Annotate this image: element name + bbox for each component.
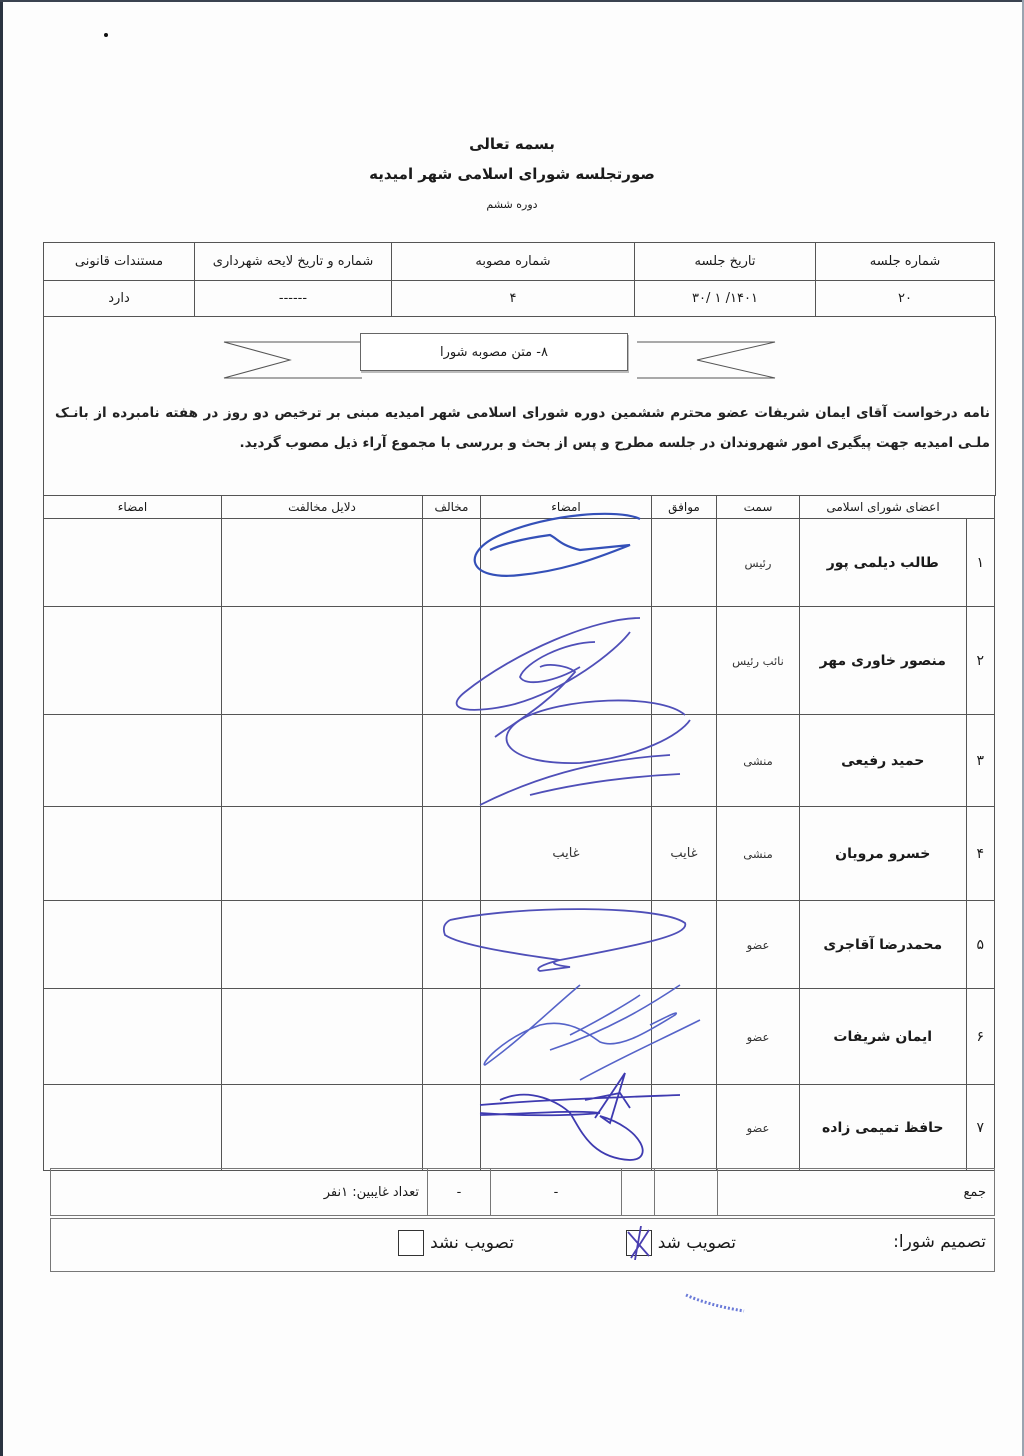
member-name: حمید رفیعی	[800, 715, 967, 807]
row-number: ۴	[966, 807, 995, 901]
meta-table: شماره جلسه تاریخ جلسه شماره مصوبه شماره …	[43, 242, 995, 317]
header-oppose: مخالف	[423, 496, 481, 519]
row-number: ۶	[966, 989, 995, 1085]
totals-row: جمع - - تعداد غایبین: ۱نفر	[51, 1169, 995, 1216]
value-bill-number-date: ------	[195, 281, 392, 317]
x-mark-icon	[625, 1226, 653, 1260]
oppose-cell	[423, 715, 481, 807]
table-row: ۴ خسرو مرویان منشی غایب غایب	[44, 807, 995, 901]
row-number: ۵	[966, 901, 995, 989]
totals-signature: -	[491, 1169, 622, 1216]
signature-cell	[481, 519, 652, 607]
member-position: عضو	[717, 1085, 800, 1171]
member-name: محمدرضا آقاجری	[800, 901, 967, 989]
member-position: منشی	[717, 715, 800, 807]
signature-cell	[481, 989, 652, 1085]
header-position: سمت	[717, 496, 800, 519]
oppose-cell	[423, 519, 481, 607]
agree-cell	[652, 989, 717, 1085]
council-decision: تصمیم شورا: تصویب شد تصویب نشد	[50, 1218, 995, 1272]
votes-header-row: اعضای شورای اسلامی سمت موافق امضاء مخالف…	[44, 496, 995, 519]
totals-spacer	[622, 1169, 655, 1216]
signature-cell: غایب	[481, 807, 652, 901]
member-position: نائب رئیس	[717, 607, 800, 715]
meta-header-row: شماره جلسه تاریخ جلسه شماره مصوبه شماره …	[44, 243, 995, 281]
header-members: اعضای شورای اسلامی	[800, 496, 967, 519]
value-session-date: ۱۴۰۱/ ۱ /۳۰	[635, 281, 816, 317]
signature-cell	[481, 901, 652, 989]
header-num	[966, 496, 995, 519]
member-name: حافظ تمیمی زاده	[800, 1085, 967, 1171]
agree-cell	[652, 901, 717, 989]
header-agree: موافق	[652, 496, 717, 519]
header-oppose-reasons: دلایل مخالفت	[222, 496, 423, 519]
rejected-label: تصویب نشد	[430, 1233, 514, 1253]
table-row: ۷ حافظ تمیمی زاده عضو	[44, 1085, 995, 1171]
rejected-option[interactable]: تصویب نشد	[398, 1230, 514, 1256]
value-resolution-number: ۴	[392, 281, 635, 317]
agree-cell	[652, 1085, 717, 1171]
council-term: دوره ششم	[0, 198, 1024, 211]
signature-cell	[481, 1085, 652, 1171]
table-row: ۵ محمدرضا آقاجری عضو	[44, 901, 995, 989]
value-legal-documents: دارد	[44, 281, 195, 317]
totals-oppose: -	[428, 1169, 491, 1216]
member-position: عضو	[717, 989, 800, 1085]
member-position: منشی	[717, 807, 800, 901]
header-signature2: امضاء	[44, 496, 222, 519]
signature2-cell	[44, 989, 222, 1085]
oppose-reasons-cell	[222, 989, 423, 1085]
stamp-mark-icon	[684, 1293, 764, 1313]
header-legal-documents: مستندات قانونی	[44, 243, 195, 281]
approved-option[interactable]: تصویب شد	[626, 1230, 736, 1256]
rejected-checkbox[interactable]	[398, 1230, 424, 1256]
oppose-reasons-cell	[222, 715, 423, 807]
row-number: ۲	[966, 607, 995, 715]
table-row: ۱ طالب دیلمی پور رئیس	[44, 519, 995, 607]
signature-cell	[481, 607, 652, 715]
member-position: عضو	[717, 901, 800, 989]
absent-count: تعداد غایبین: ۱نفر	[51, 1169, 428, 1216]
signature2-cell	[44, 901, 222, 989]
signature2-cell	[44, 607, 222, 715]
totals-label: جمع	[718, 1169, 995, 1216]
oppose-reasons-cell	[222, 1085, 423, 1171]
header-signature: امضاء	[481, 496, 652, 519]
signature-cell	[481, 715, 652, 807]
oppose-cell	[423, 989, 481, 1085]
document-title: صورتجلسه شورای اسلامی شهر امیدیه	[0, 165, 1024, 183]
table-row: ۶ ایمان شریفات عضو	[44, 989, 995, 1085]
scan-speck	[104, 33, 108, 37]
header-session-number: شماره جلسه	[816, 243, 995, 281]
meta-value-row: ۲۰ ۱۴۰۱/ ۱ /۳۰ ۴ ------ دارد	[44, 281, 995, 317]
oppose-reasons-cell	[222, 901, 423, 989]
member-name: خسرو مرویان	[800, 807, 967, 901]
resolution-text: نامه درخواست آقای ایمان شریفات عضو محترم…	[55, 398, 990, 458]
agree-cell	[652, 607, 717, 715]
value-session-number: ۲۰	[816, 281, 995, 317]
agree-cell: غایب	[652, 807, 717, 901]
member-name: منصور خاوری مهر	[800, 607, 967, 715]
oppose-reasons-cell	[222, 807, 423, 901]
oppose-cell	[423, 807, 481, 901]
decision-label: تصمیم شورا:	[893, 1232, 986, 1252]
signature2-cell	[44, 715, 222, 807]
agree-cell	[652, 519, 717, 607]
member-name: طالب دیلمی پور	[800, 519, 967, 607]
oppose-cell	[423, 901, 481, 989]
header-session-date: تاریخ جلسه	[635, 243, 816, 281]
scan-edge-top	[0, 0, 1024, 2]
oppose-reasons-cell	[222, 607, 423, 715]
invocation: بسمه تعالی	[0, 135, 1024, 153]
signature2-cell	[44, 519, 222, 607]
oppose-cell	[423, 607, 481, 715]
approved-label: تصویب شد	[658, 1233, 736, 1253]
row-number: ۳	[966, 715, 995, 807]
section-title: ۸- متن مصوبه شورا	[360, 333, 628, 371]
totals-agree	[655, 1169, 718, 1216]
header-bill-number-date: شماره و تاریخ لایحه شهرداری	[195, 243, 392, 281]
table-row: ۲ منصور خاوری مهر نائب رئیس	[44, 607, 995, 715]
row-number: ۱	[966, 519, 995, 607]
member-name: ایمان شریفات	[800, 989, 967, 1085]
row-number: ۷	[966, 1085, 995, 1171]
table-row: ۳ حمید رفیعی منشی	[44, 715, 995, 807]
totals-table: جمع - - تعداد غایبین: ۱نفر	[50, 1168, 995, 1216]
approved-checkbox[interactable]	[626, 1230, 652, 1256]
header-resolution-number: شماره مصوبه	[392, 243, 635, 281]
scan-edge-left	[0, 0, 3, 1456]
agree-cell	[652, 715, 717, 807]
oppose-reasons-cell	[222, 519, 423, 607]
oppose-cell	[423, 1085, 481, 1171]
signature2-cell	[44, 807, 222, 901]
signature2-cell	[44, 1085, 222, 1171]
section-title-text: ۸- متن مصوبه شورا	[440, 345, 548, 360]
member-position: رئیس	[717, 519, 800, 607]
votes-table: اعضای شورای اسلامی سمت موافق امضاء مخالف…	[43, 495, 995, 1171]
